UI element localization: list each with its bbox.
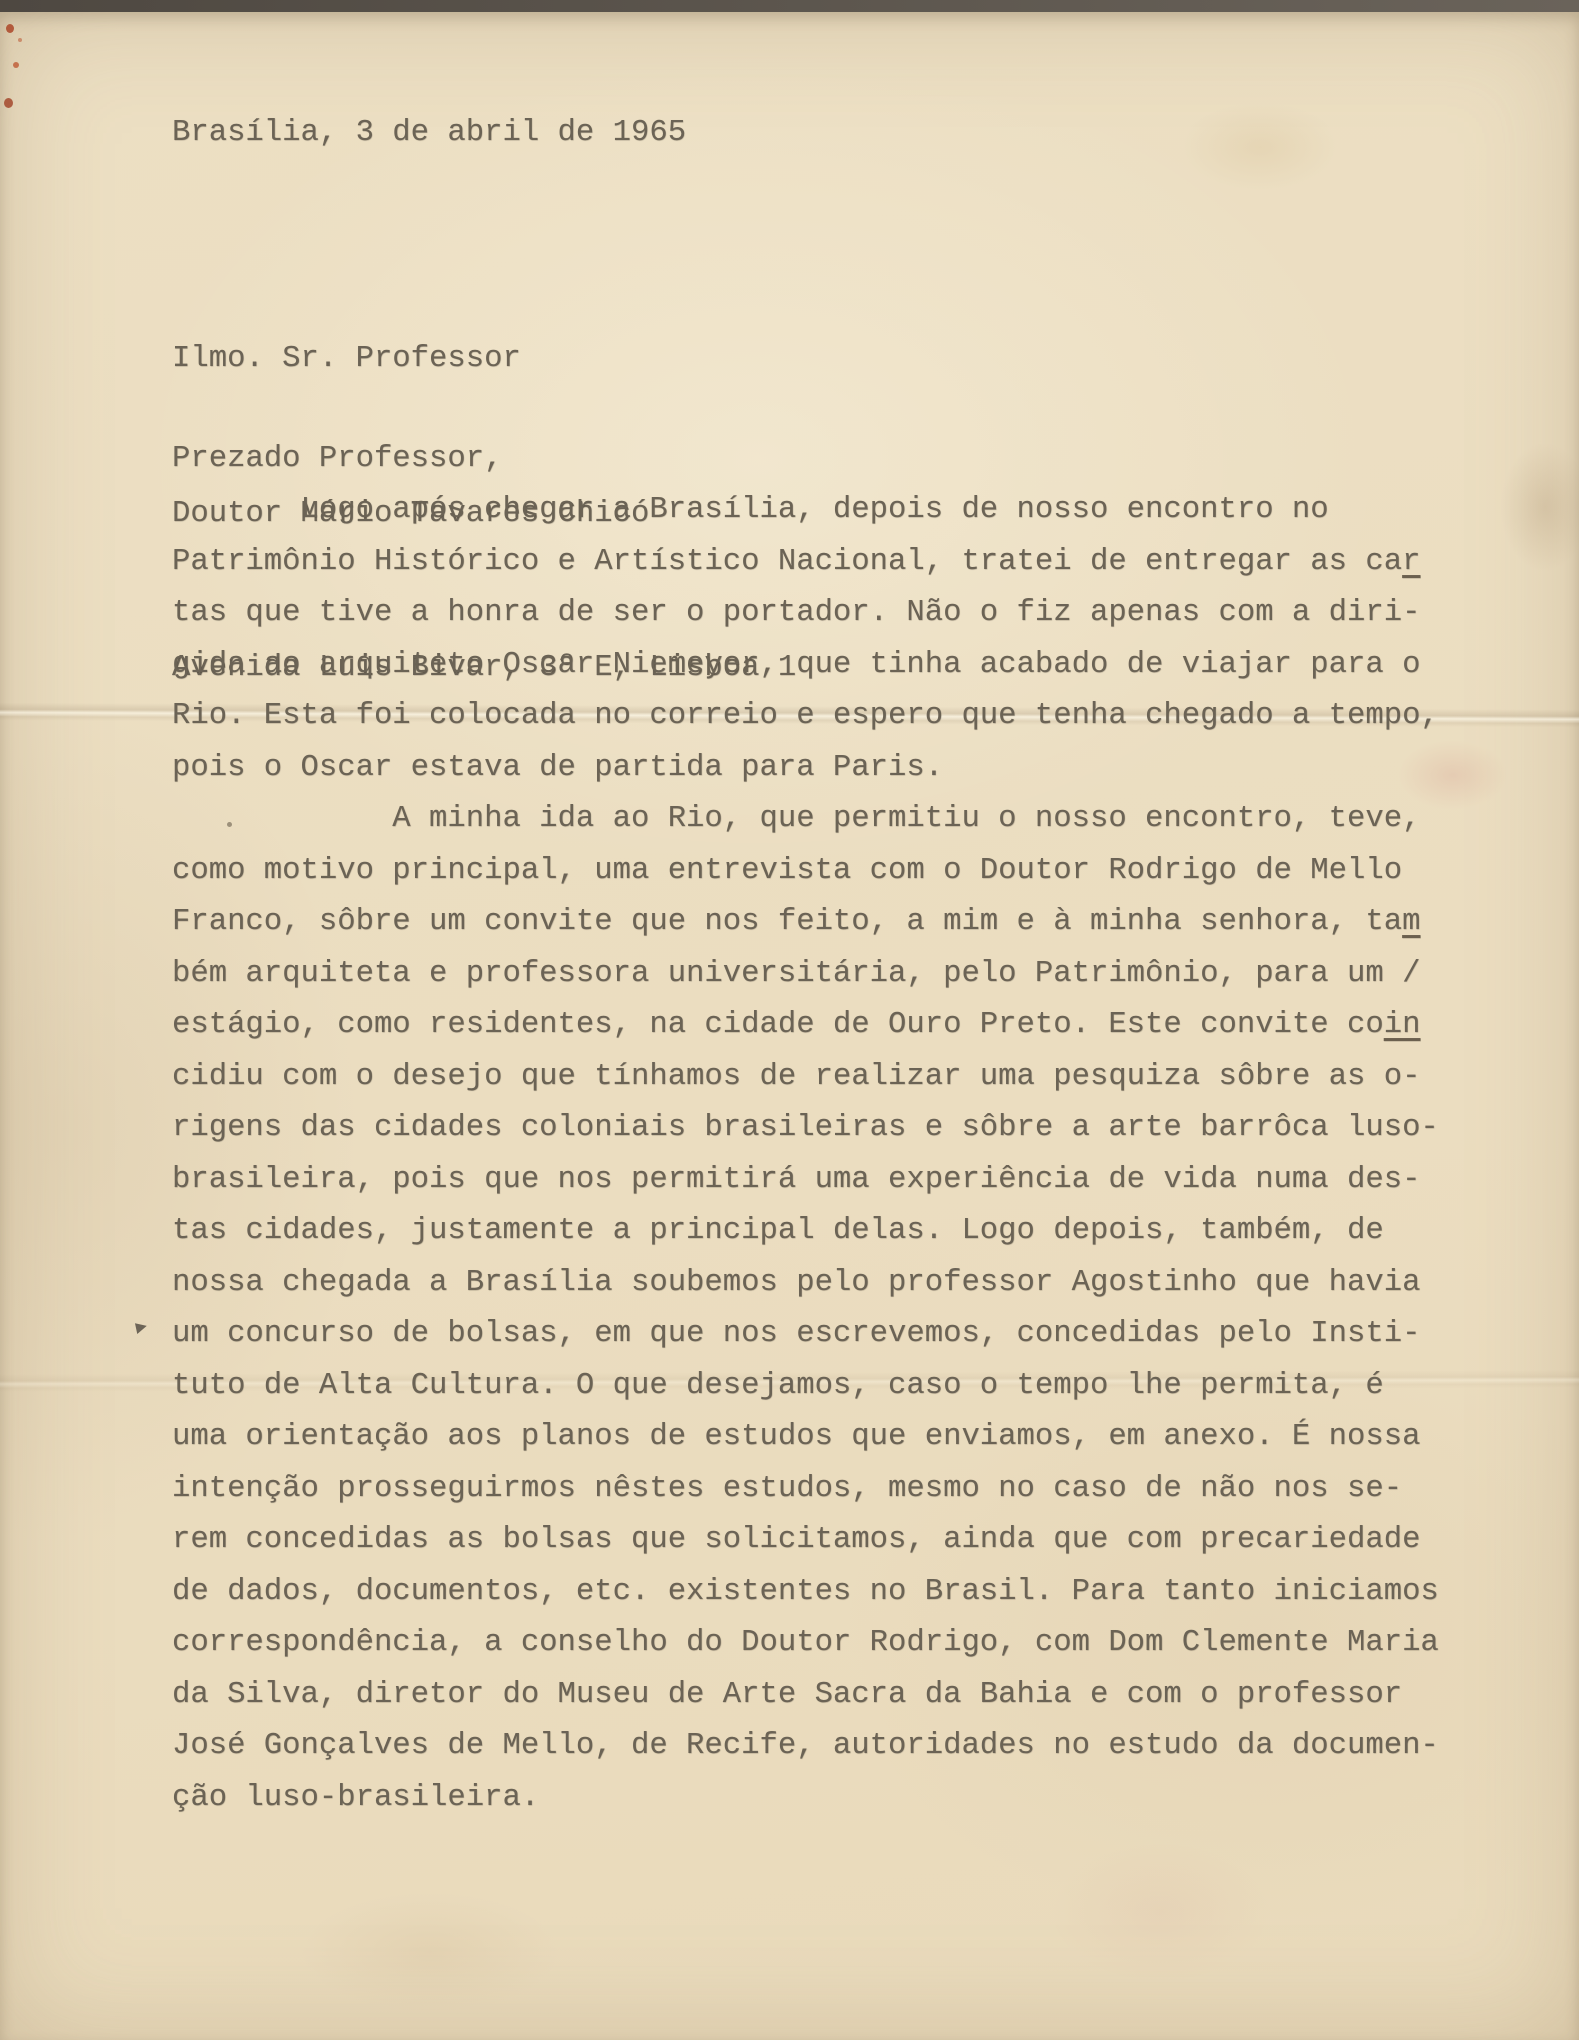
ink-dot-mark [227, 822, 232, 827]
paper-stain [300, 1892, 560, 2012]
salutation: Prezado Professor, [172, 434, 502, 486]
margin-arrow-mark [135, 1321, 148, 1334]
letter-line: ção luso-brasileira. [172, 1773, 1439, 1825]
letter-line: tas cidades, justamente a principal dela… [172, 1206, 1439, 1258]
letter-line: tas que tive a honra de ser o portador. … [172, 588, 1439, 640]
rust-speck [4, 98, 13, 108]
letter-line: correspondência, a conselho do Doutor Ro… [172, 1618, 1439, 1670]
letter-line: José Gonçalves de Mello, de Recife, auto… [172, 1721, 1439, 1773]
letter-line: de dados, documentos, etc. existentes no… [172, 1567, 1439, 1619]
rust-speck [13, 62, 19, 68]
rust-speck [6, 24, 14, 33]
letter-line: como motivo principal, uma entrevista co… [172, 846, 1439, 898]
letter-line: Logo após chegar a Brasília, depois de n… [172, 485, 1439, 537]
letter-line: bém arquiteta e professora universitária… [172, 949, 1439, 1001]
letter-line: Patrimônio Histórico e Artístico Naciona… [172, 537, 1439, 589]
recipient-line-honorific: Ilmo. Sr. Professor [172, 334, 796, 386]
underlined-chars: r [1402, 545, 1420, 579]
underlined-chars: m [1402, 905, 1420, 939]
letter-body: Logo após chegar a Brasília, depois de n… [172, 485, 1439, 1824]
letter-line: brasileira, pois que nos permitirá uma e… [172, 1155, 1439, 1207]
rust-speck [18, 38, 22, 42]
date-line: Brasília, 3 de abril de 1965 [172, 108, 686, 160]
letter-line: tuto de Alta Cultura. O que desejamos, c… [172, 1361, 1439, 1413]
letter-line: rigens das cidades coloniais brasileiras… [172, 1103, 1439, 1155]
scanned-letter: Brasília, 3 de abril de 1965 Ilmo. Sr. P… [0, 0, 1579, 2040]
letter-line: estágio, como residentes, na cidade de O… [172, 1000, 1439, 1052]
letter-line: Franco, sôbre um convite que nos feito, … [172, 897, 1439, 949]
paper-stain [1050, 1842, 1270, 1982]
letter-line: A minha ida ao Rio, que permitiu o nosso… [172, 794, 1439, 846]
letter-line: intenção prosseguirmos nêstes estudos, m… [172, 1464, 1439, 1516]
letter-line: da Silva, diretor do Museu de Arte Sacra… [172, 1670, 1439, 1722]
letter-line: cidiu com o desejo que tínhamos de reali… [172, 1052, 1439, 1104]
letter-line: uma orientação aos planos de estudos que… [172, 1412, 1439, 1464]
letter-line: um concurso de bolsas, em que nos escrev… [172, 1309, 1439, 1361]
letter-line: pois o Oscar estava de partida para Pari… [172, 743, 1439, 795]
letter-line: Rio. Esta foi colocada no correio e espe… [172, 691, 1439, 743]
paper-stain [1500, 442, 1579, 572]
letter-line: gida ao arquiteto Oscar Niemeyer, que ti… [172, 640, 1439, 692]
paper-stain [1180, 102, 1340, 192]
letter-line: rem concedidas as bolsas que solicitamos… [172, 1515, 1439, 1567]
letter-line: nossa chegada a Brasília soubemos pelo p… [172, 1258, 1439, 1310]
underlined-chars: in [1384, 1008, 1421, 1042]
